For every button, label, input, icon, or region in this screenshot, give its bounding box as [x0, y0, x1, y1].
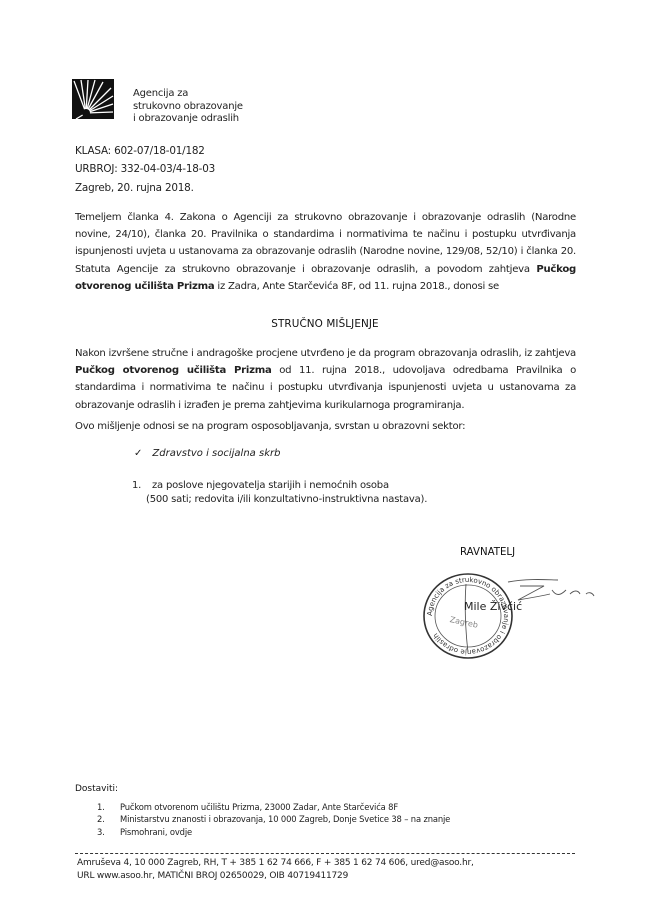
sector-item: ✓Zdravstvo i socijalna skrb [134, 448, 280, 459]
recipients-list: 1.Pučkom otvorenom učilištu Prizma, 2300… [97, 801, 450, 838]
applicant-name: Pučkog otvorenog učilišta Prizma [75, 365, 272, 376]
recipient-number: 1. [97, 801, 120, 813]
recipient-text: Pismohrani, ovdje [120, 827, 192, 837]
delivery-label: Dostaviti: [75, 784, 118, 794]
recipient-number: 3. [97, 826, 120, 838]
program-item: 1.za poslove njegovatelja starijih i nem… [132, 479, 427, 507]
org-name-line: Agencija za [133, 88, 243, 101]
svg-text:Zagreb: Zagreb [449, 615, 479, 630]
footer-registry-line: URL www.asoo.hr, MATIČNI BROJ 02650029, … [77, 870, 474, 883]
program-details: (500 sati; redovita i/ili konzultativno-… [132, 493, 427, 507]
intro-text-end: iz Zadra, Ante Starčevića 8F, od 11. ruj… [214, 281, 498, 292]
recipient-item: 2.Ministarstvu znanosti i obrazovanja, 1… [97, 813, 450, 825]
recipient-text: Ministarstvu znanosti i obrazovanja, 10 … [120, 814, 450, 824]
org-name-line: i obrazovanje odraslih [133, 113, 243, 126]
document-title: STRUČNO MIŠLJENJE [0, 318, 650, 330]
place-and-date: Zagreb, 20. rujna 2018. [75, 179, 215, 197]
recipient-item: 3.Pismohrani, ovdje [97, 826, 450, 838]
scope-paragraph: Ovo mišljenje odnosi se na program ospos… [75, 418, 576, 435]
opinion-text: Nakon izvršene stručne i andragoške proc… [75, 348, 576, 359]
signatory-role: RAVNATELJ [460, 547, 515, 558]
recipient-text: Pučkom otvorenom učilištu Prizma, 23000 … [120, 802, 398, 812]
program-number: 1. [132, 479, 152, 493]
intro-paragraph: Temeljem članka 4. Zakona o Agenciji za … [75, 209, 576, 295]
intro-text: Temeljem članka 4. Zakona o Agenciji za … [75, 212, 576, 275]
program-name: za poslove njegovatelja starijih i nemoć… [152, 480, 389, 491]
recipient-item: 1.Pučkom otvorenom učilištu Prizma, 2300… [97, 801, 450, 813]
signatory-name: Mile Živčić [464, 600, 522, 613]
klasa-number: KLASA: 602-07/18-01/182 [75, 142, 215, 160]
sector-name: Zdravstvo i socijalna skrb [152, 448, 280, 459]
sunburst-logo-icon [72, 79, 114, 119]
urbroj-number: URBROJ: 332-04-03/4-18-03 [75, 160, 215, 178]
document-reference: KLASA: 602-07/18-01/182 URBROJ: 332-04-0… [75, 142, 215, 197]
organization-name: Agencija za strukovno obrazovanje i obra… [133, 88, 243, 126]
opinion-paragraph: Nakon izvršene stručne i andragoške proc… [75, 345, 576, 414]
org-name-line: strukovno obrazovanje [133, 101, 243, 114]
svg-text:Agencija za strukovno obrazova: Agencija za strukovno obrazovanje i obra… [426, 576, 510, 656]
footer-address-line: Amruševa 4, 10 000 Zagreb, RH, T + 385 1… [77, 857, 474, 870]
footer-divider [75, 853, 575, 854]
footer-contact: Amruševa 4, 10 000 Zagreb, RH, T + 385 1… [77, 857, 474, 883]
recipient-number: 2. [97, 813, 120, 825]
checkmark-icon: ✓ [134, 448, 142, 459]
